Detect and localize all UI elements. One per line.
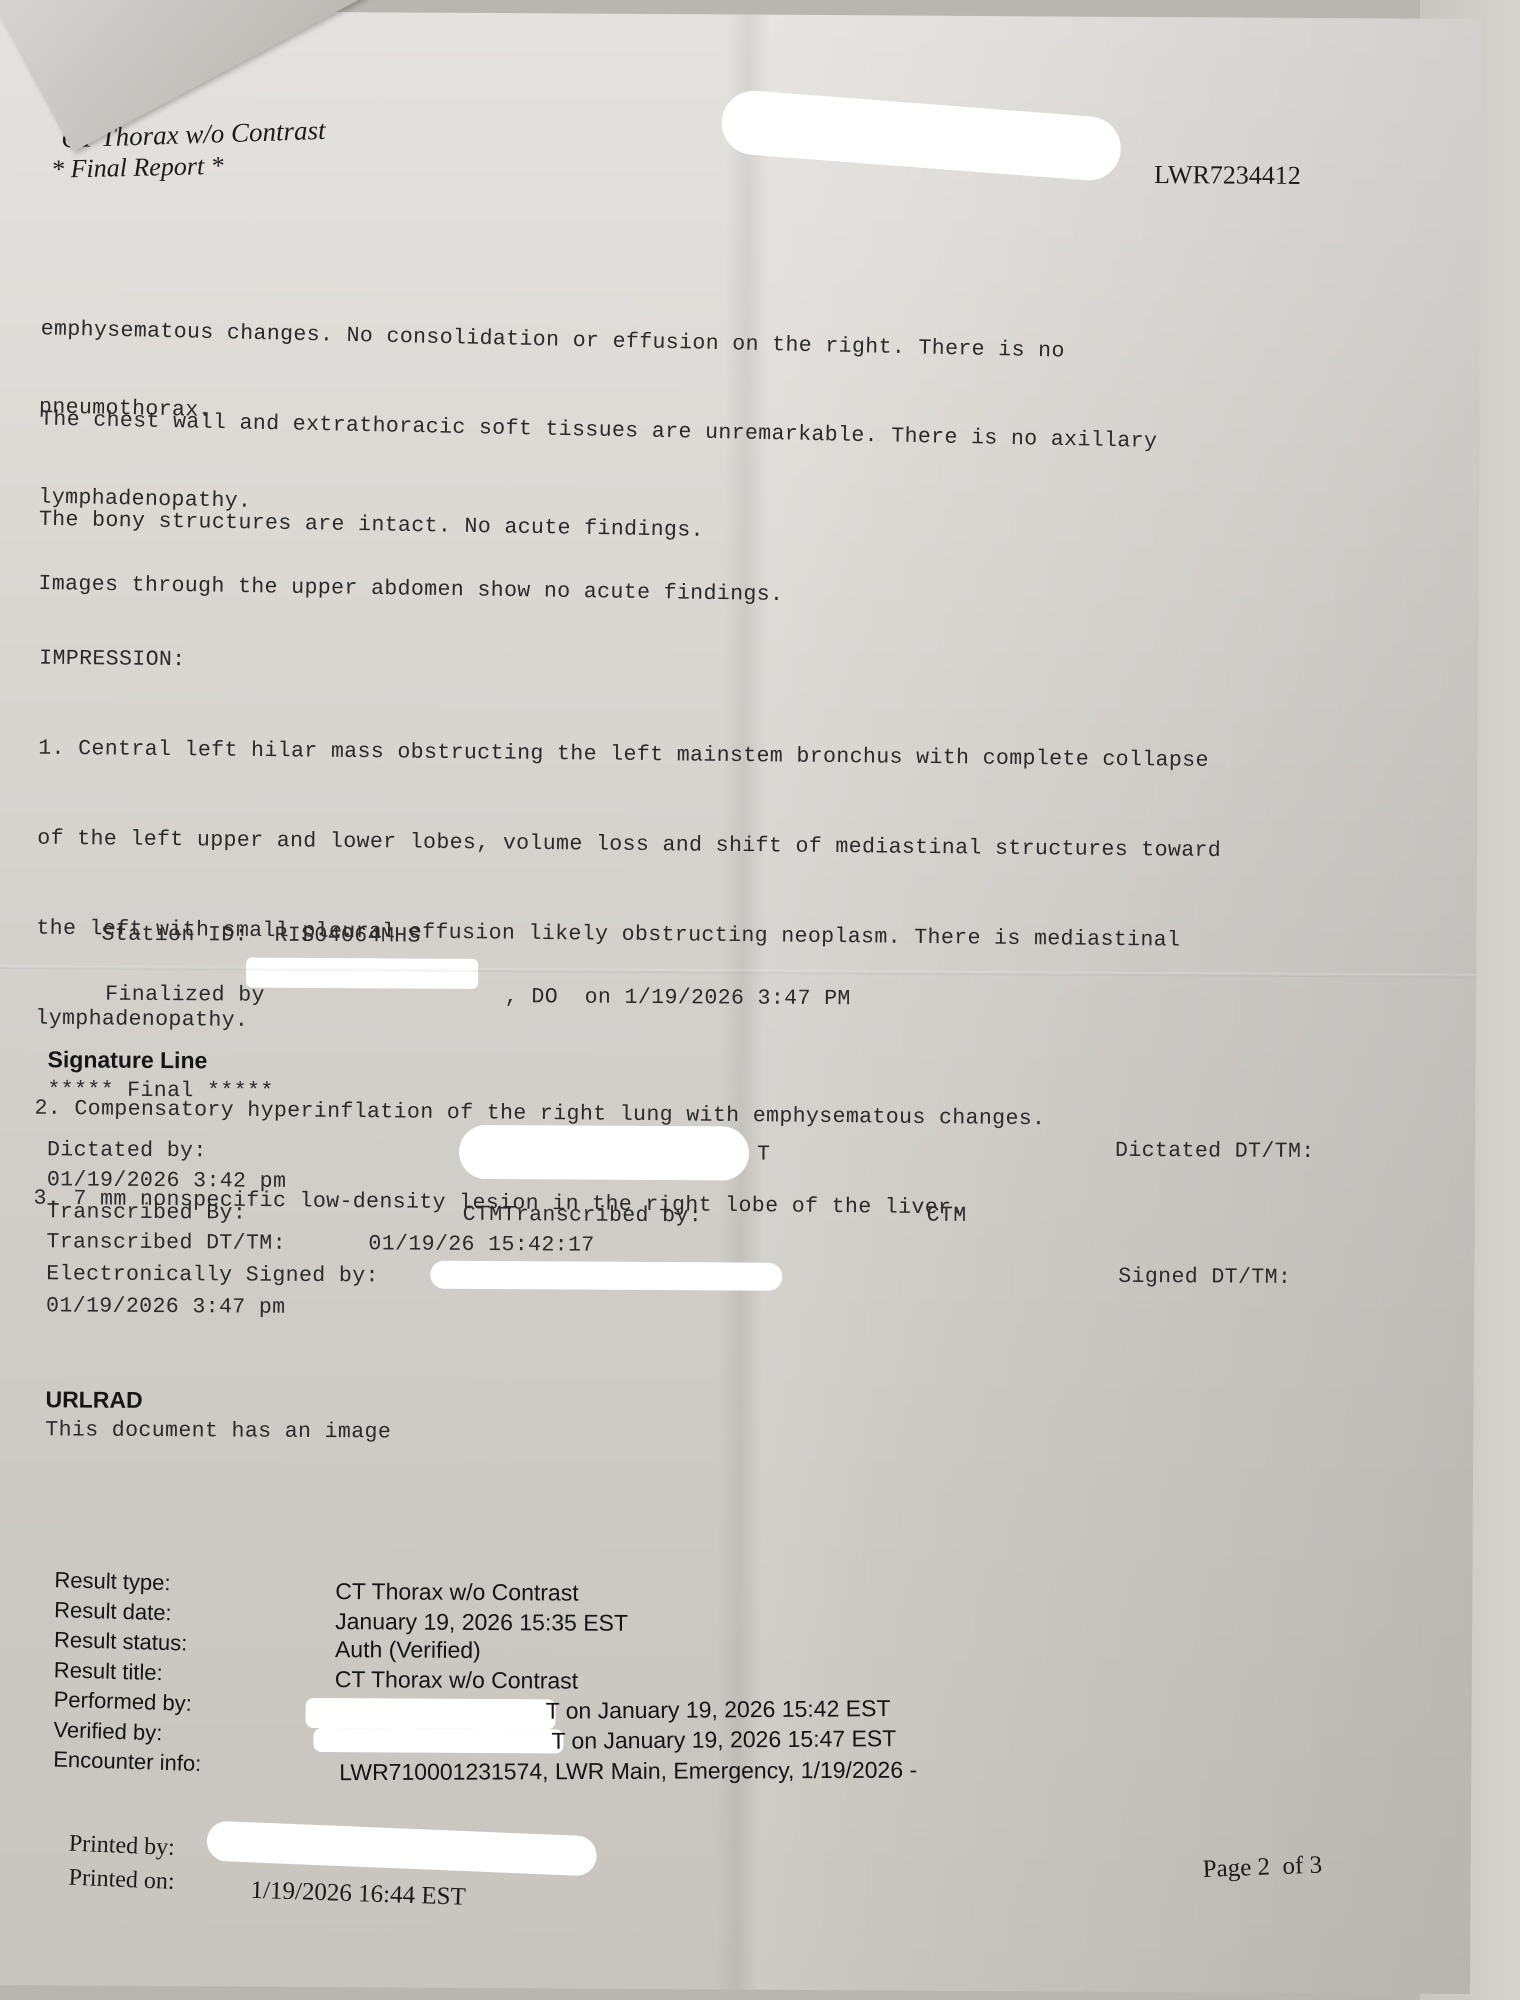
performed-by-label: Performed by: bbox=[53, 1687, 192, 1717]
redaction-finalized-name bbox=[246, 958, 478, 989]
result-status-value: Auth (Verified) bbox=[335, 1636, 481, 1664]
signed-by-label: Electronically Signed by: bbox=[46, 1262, 379, 1288]
transcribed-dttm: 01/19/26 15:42:17 bbox=[368, 1232, 594, 1257]
signed-dttm: 01/19/2026 3:47 pm bbox=[46, 1294, 286, 1319]
result-type-label: Result type: bbox=[54, 1567, 171, 1596]
redaction-performed-name bbox=[306, 1698, 556, 1730]
findings-line: The chest wall and extrathoracic soft ti… bbox=[40, 406, 1158, 454]
encounter-info-value: LWR710001231574, LWR Main, Emergency, 1/… bbox=[339, 1757, 917, 1787]
impression-line: 1. Central left hilar mass obstructing t… bbox=[38, 734, 1222, 776]
report-status-heading: * Final Report * bbox=[51, 151, 224, 185]
signature-heading: Signature Line bbox=[48, 1046, 208, 1074]
signed-dttm-label: Signed DT/TM: bbox=[1118, 1265, 1291, 1290]
performed-by-value: T on January 19, 2026 15:42 EST bbox=[546, 1695, 891, 1725]
result-title-label: Result title: bbox=[54, 1657, 163, 1686]
finalized-label: Finalized by bbox=[105, 983, 265, 1008]
station-id-label: Station ID: bbox=[101, 923, 247, 948]
printed-by-label: Printed by: bbox=[68, 1831, 175, 1862]
finalized-line: Finalized by, DO on 1/19/2026 3:47 PM bbox=[52, 958, 851, 1035]
redaction-header-name bbox=[719, 89, 1123, 183]
report-page: CT Thorax w/o Contrast * Final Report * … bbox=[0, 10, 1482, 1994]
transcribed-by-label: Transcribed By: bbox=[47, 1200, 247, 1225]
transcribed-dttm-label: Transcribed DT/TM: bbox=[46, 1230, 286, 1255]
redaction-signed-name bbox=[430, 1261, 782, 1291]
finalized-credential: , DO bbox=[505, 985, 558, 1009]
redaction-dictated-name bbox=[459, 1125, 749, 1181]
dictated-dttm-label: Dictated DT/TM: bbox=[1115, 1139, 1315, 1164]
printed-on-label: Printed on: bbox=[68, 1865, 175, 1896]
redaction-printed-name bbox=[206, 1821, 597, 1877]
page-number: Page 2 of 3 bbox=[1202, 1852, 1322, 1884]
signature-status: ***** Final ***** bbox=[47, 1078, 273, 1103]
accession-number: LWR7234412 bbox=[1154, 160, 1301, 191]
image-note-text: This document has an image bbox=[45, 1418, 391, 1444]
station-id-value: RIS04064MHS bbox=[274, 924, 420, 949]
result-date-value: January 19, 2026 15:35 EST bbox=[335, 1608, 628, 1637]
result-title-value: CT Thorax w/o Contrast bbox=[335, 1666, 578, 1694]
encounter-info-label: Encounter info: bbox=[53, 1747, 202, 1778]
redaction-verified-name bbox=[313, 1728, 563, 1754]
impression-line: of the left upper and lower lobes, volum… bbox=[37, 824, 1221, 866]
transcribed-by-value: CTMTranscribed by: bbox=[463, 1203, 703, 1228]
dictated-dttm: 01/19/2026 3:42 pm bbox=[47, 1168, 287, 1193]
transcribed-by-value2: CTM bbox=[927, 1204, 967, 1228]
result-status-label: Result status: bbox=[54, 1627, 188, 1657]
verified-by-label: Verified by: bbox=[53, 1717, 163, 1746]
dictated-by-suffix: T bbox=[757, 1143, 770, 1167]
printed-on-value: 1/19/2026 16:44 EST bbox=[250, 1877, 466, 1912]
impression-heading: IMPRESSION: bbox=[39, 644, 1223, 686]
verified-by-value: T on January 19, 2026 15:47 EST bbox=[551, 1725, 896, 1755]
finalized-date: on 1/19/2026 3:47 PM bbox=[585, 986, 851, 1012]
image-section-heading: URLRAD bbox=[45, 1386, 142, 1414]
result-date-label: Result date: bbox=[54, 1597, 172, 1626]
result-type-value: CT Thorax w/o Contrast bbox=[335, 1578, 578, 1606]
dictated-by-label: Dictated by: bbox=[47, 1138, 207, 1163]
